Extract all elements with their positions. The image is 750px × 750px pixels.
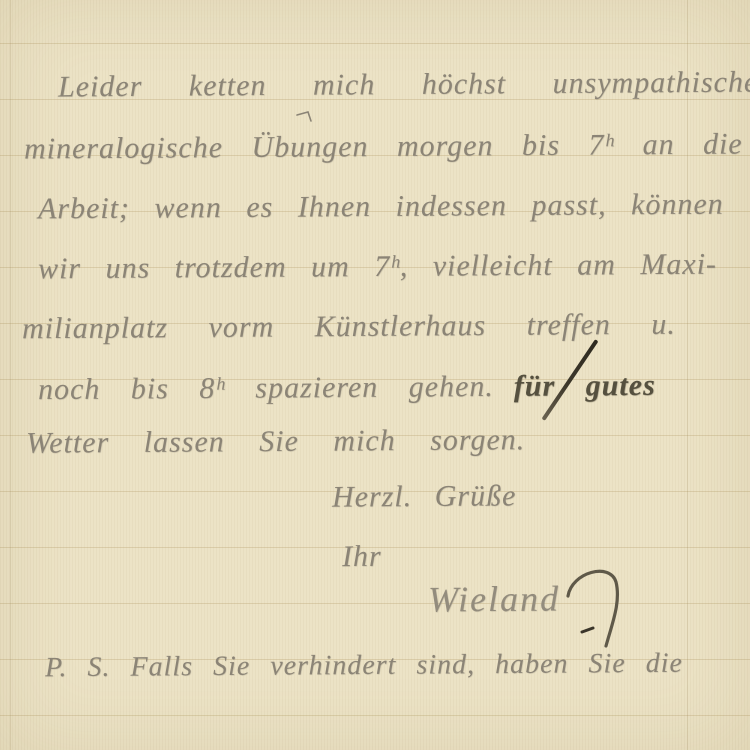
- valediction-line: Ihr: [342, 540, 382, 574]
- postscript-line: P. S. Falls Sie verhindert sind, haben S…: [45, 648, 683, 684]
- paper-chain-line-right: [687, 0, 688, 750]
- closing-line: Herzl. Grüße: [332, 479, 517, 514]
- handwriting-line-5: milianplatz vorm Künstlerhaus treffen u.: [22, 308, 676, 347]
- handwriting-line-4: wir uns trotzdem um 7ʰ, vielleicht am Ma…: [38, 248, 717, 287]
- handwriting-line-6-first-part: noch bis 8ʰ spazieren gehen.: [38, 370, 494, 406]
- letter-page: Leider ketten mich höchst unsympathische…: [0, 0, 750, 750]
- handwriting-line-7: Wetter lassen Sie mich sorgen.: [26, 423, 525, 460]
- signature-flourish-icon: [560, 562, 630, 657]
- insertion-mark-icon: [296, 110, 314, 128]
- handwriting-line-6-dark-ink-part: für gutes: [514, 369, 656, 403]
- paper-chain-line-left: [10, 0, 11, 750]
- handwriting-line-1: Leider ketten mich höchst unsympathische: [58, 66, 750, 105]
- handwriting-line-2: mineralogische Übungen morgen bis 7ʰ an …: [24, 127, 743, 166]
- handwriting-line-3: Arbeit; wenn es Ihnen indessen passt, kö…: [38, 188, 724, 227]
- signature: Wieland: [428, 578, 560, 621]
